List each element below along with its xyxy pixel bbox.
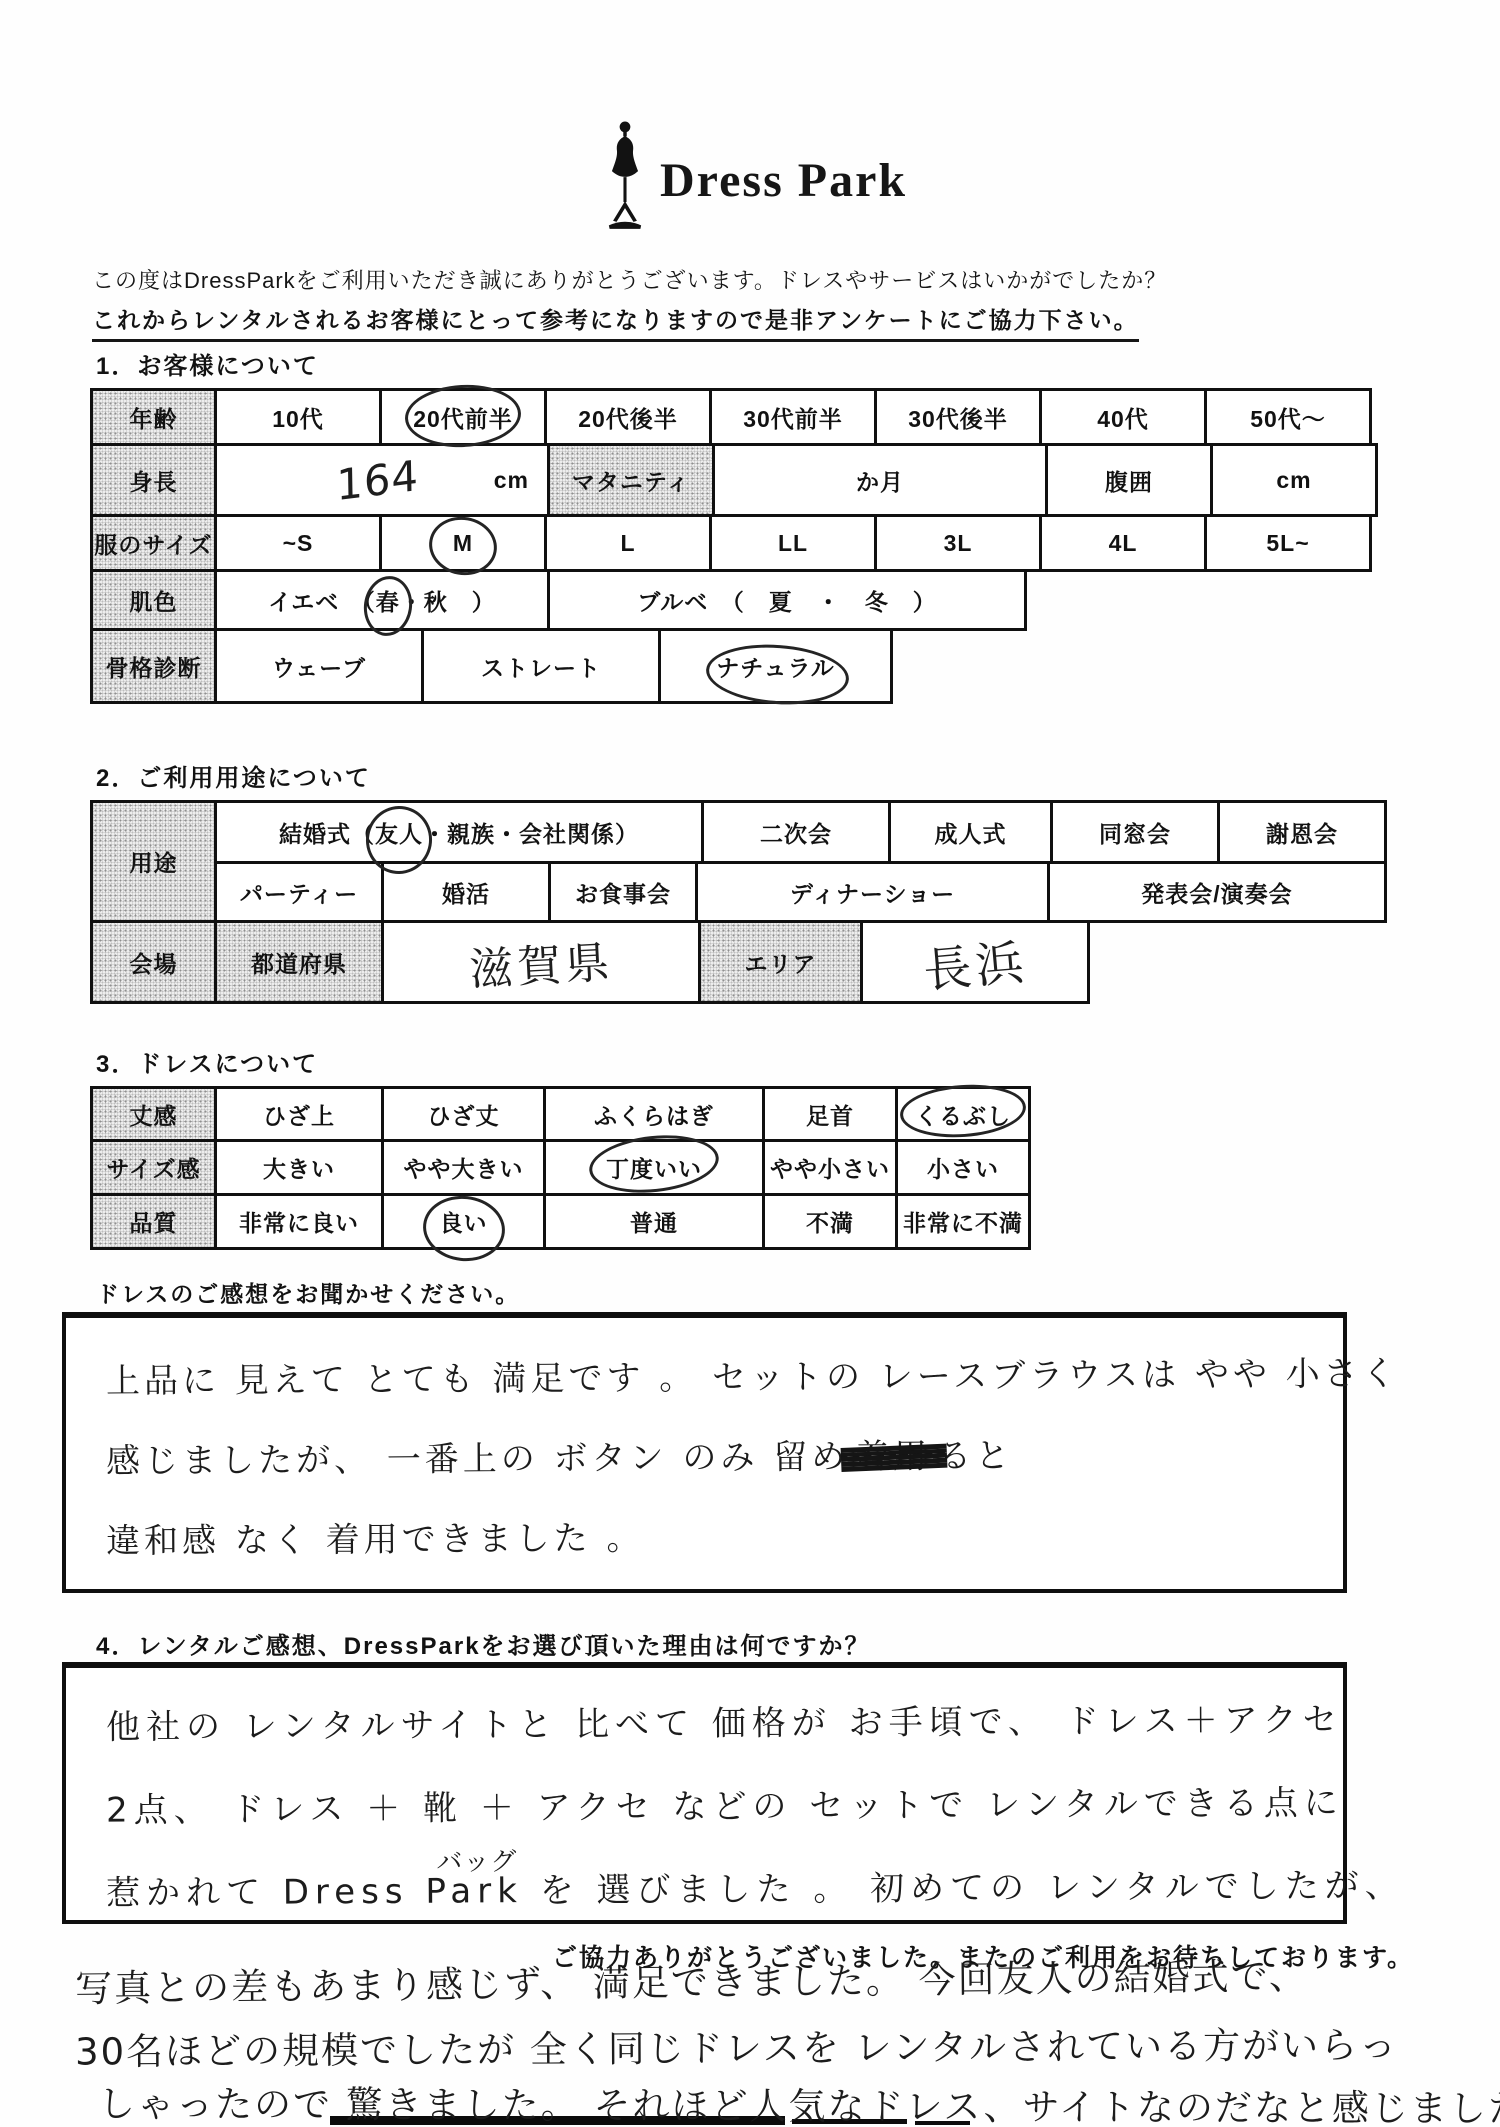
age-option: 10代 [272,401,324,434]
quality-option-cell: 良い [381,1193,546,1250]
purpose-row-1: 結婚式（友人・親族・会社関係） 二次会 成人式 同窓会 謝恩会 [214,800,1384,864]
age-option: 50代～ [1250,401,1326,434]
size-option-cell: 4L [1039,514,1207,572]
fit-option-cell: やや大きい [381,1139,546,1196]
purpose-option: パーティー [240,876,358,909]
length-option: ひざ上 [263,1098,335,1131]
comment-text: 2点、 ドレス ＋ 靴 ＋ アクセ などの セットで レンタルできる点に [106,1783,1344,1831]
section3-heading: 3．ドレスについて [96,1044,318,1079]
dress-comment-prompt: ドレスのご感想をお聞かせください。 [96,1276,520,1309]
prefecture-value-cell: 滋賀県 [381,920,701,1004]
prefecture-written-value: 滋賀県 [467,926,614,997]
handwritten-comment-line: 上品に 見えて とても 満足です 。 セットの レースブラウスは やや 小さく [106,1334,1303,1421]
purpose-option: 二次会 [760,816,832,849]
handwritten-circle-annotation: くるぶし [915,1098,1011,1131]
skin-season-option: 秋 ） [424,584,496,617]
purpose-option: お食事会 [575,876,671,909]
length-option: ふくらはぎ [594,1098,714,1131]
length-row: 丈感 ひざ上 ひざ丈 ふくらはぎ 足首 くるぶし [90,1086,1028,1142]
purpose-rows: 用途 結婚式（友人・親族・会社関係） 二次会 成人式 同窓会 謝恩会 パーティー… [90,800,1384,923]
fit-label: サイズ感 [90,1139,217,1196]
area-written-value: 長浜 [920,923,1030,1001]
age-option-cell: 20代前半 [379,388,547,446]
purpose-option: 成人式 [935,816,1007,849]
handwritten-comment-line: 惹かれて Dress Park を 選びました 。 初めての レンタルでしたが、 [106,1846,1303,1933]
fit-option-cell: 大きい [214,1139,384,1196]
brand-name: Dress Park [660,153,907,208]
size-option: 4L [1109,530,1138,557]
waist-unit-cell: cm [1210,443,1378,517]
age-option-selected: 20代前半 [413,406,513,432]
handwritten-comment-line: 違和感 なく 着用できました 。 [106,1494,1303,1581]
purpose-label: 用途 [90,800,217,923]
purpose-option: ディナーショー [790,876,955,909]
age-option-cell: 30代後半 [874,388,1042,446]
handwritten-circle-annotation: ナチュラル [716,650,835,683]
intro-request-line: これからレンタルされるお客様にとって参考になりますので是非アンケートにご協力下さ… [92,302,1139,342]
overflow-comment-line: 写真との差もあまり感じず、 満足できました。 今回友人の結婚式で、 [75,1946,1308,2013]
usage-table: 用途 結婚式（友人・親族・会社関係） 二次会 成人式 同窓会 謝恩会 パーティー… [90,800,1384,1004]
handwritten-comment-line: 2点、 ドレス ＋ 靴 ＋ アクセ などの セットで レンタルできる点に バッグ [106,1760,1304,1853]
fit-option-cell: 小さい [895,1139,1031,1196]
handwritten-comment-line: 感じましたが、 一番上の ボタン のみ 留め着用ると [106,1414,1303,1501]
fit-option-selected: 丁度いい [606,1156,702,1182]
age-option: 30代前半 [743,401,843,434]
quality-option-cell: 普通 [543,1193,765,1250]
yellow-base-cell: イエベ （春・秋 ） [214,569,550,631]
customer-info-table: 年齢 10代 20代前半 20代後半 30代前半 30代後半 40代 50代～ … [90,388,1375,704]
purpose-option-cell: 謝恩会 [1217,800,1387,864]
section1-heading: 1．お客様について [96,346,319,381]
size-option-cell: ~S [214,514,382,572]
blue-base-cell: ブルベ （ 夏 ・ 冬 ） [547,569,1027,631]
quality-label: 品質 [90,1193,217,1250]
scribbled-out-word: 着用 [849,1417,937,1498]
handwritten-circle-annotation: 春 [376,584,400,617]
handwritten-circle-annotation: 友人 [375,816,423,849]
quality-option-cell: 非常に不満 [895,1193,1031,1250]
fit-option-cell: 丁度いい [543,1139,765,1196]
age-row-label: 年齢 [90,388,217,446]
handwritten-circle-annotation: 丁度いい [606,1151,702,1184]
handwritten-comment-line: 他社の レンタルサイトと 比べて 価格が お手頃で、 ドレス＋アクセ [106,1680,1303,1767]
fit-option-cell: やや小さい [762,1139,898,1196]
handwritten-circle-annotation: 良い [440,1205,488,1238]
clothes-size-row: 服のサイズ ~S M L LL 3L 4L 5L~ [90,514,1375,572]
size-option: ~S [283,530,314,557]
fit-option: やや大きい [404,1151,524,1184]
quality-option: 非常に不満 [903,1205,1023,1238]
size-option: LL [778,530,808,557]
frame-option-cell: ナチュラル [658,628,893,704]
wedding-guest-type-selected: 友人 [375,821,423,847]
yellow-base-prefix: イエベ （ [268,584,376,617]
maternity-months-cell: か月 [712,443,1048,517]
separator-dot: ・ [400,584,424,617]
rental-comment-box: 他社の レンタルサイトと 比べて 価格が お手頃で、 ドレス＋アクセ 2点、 ド… [62,1662,1347,1924]
length-option-cell: 足首 [762,1086,898,1142]
fit-row: サイズ感 大きい やや大きい 丁度いい やや小さい 小さい [90,1139,1028,1196]
purpose-option-cell: 二次会 [701,800,891,864]
maternity-cell: マタニティ [547,443,715,517]
length-option-cell: くるぶし [895,1086,1031,1142]
area-value-cell: 長浜 [860,920,1090,1004]
frame-option-cell: ストレート [421,628,661,704]
length-option-cell: ひざ丈 [381,1086,546,1142]
frame-option-selected: ナチュラル [716,655,835,681]
clothes-size-label: 服のサイズ [90,514,217,572]
handwritten-circle-annotation: M [453,530,473,557]
age-option: 20代後半 [578,401,678,434]
length-option-selected: くるぶし [915,1103,1011,1129]
quality-row: 品質 非常に良い 良い 普通 不満 非常に不満 [90,1193,1028,1250]
dresspark-logo: Dress Park [600,118,907,242]
age-option-cell: 40代 [1039,388,1207,446]
comment-text: 感じましたが、 一番上の ボタン のみ 留め [106,1437,849,1482]
overflow-comment-line: しゃったので 驚きました。 それほど人気なドレス、サイトなのだなと感じました。 [98,2073,1500,2127]
purpose-option: 同窓会 [1099,816,1171,849]
dress-rating-table: 丈感 ひざ上 ひざ丈 ふくらはぎ 足首 くるぶし サイズ感 大きい やや大きい … [90,1086,1028,1250]
height-value-cell: 164 cm [214,443,550,517]
quality-option: 不満 [806,1205,854,1238]
overflow-comment-line: 30名ほどの規模でしたが 全く同じドレスを レンタルされている方がいらっ [75,2015,1398,2076]
fit-option: 小さい [927,1151,999,1184]
age-option-cell: 20代後半 [544,388,712,446]
size-option: L [620,530,635,557]
section2-heading: 2．ご利用用途について [96,758,371,793]
dress-comment-box: 上品に 見えて とても 満足です 。 セットの レースブラウスは やや 小さく … [62,1312,1347,1593]
struck-text: 着用 [855,1437,931,1477]
size-option-cell: LL [709,514,877,572]
size-option-selected: M [453,530,473,556]
length-option-cell: ふくらはぎ [543,1086,765,1142]
frame-row: 骨格診断 ウェーブ ストレート ナチュラル [90,628,1375,704]
height-unit: cm [494,467,529,494]
prefecture-label: 都道府県 [214,920,384,1004]
purpose-row-2: パーティー 婚活 お食事会 ディナーショー 発表会/演奏会 [214,861,1384,923]
height-row-label: 身長 [90,443,217,517]
venue-row: 会場 都道府県 滋賀県 エリア 長浜 [90,920,1384,1004]
age-option: 40代 [1097,401,1149,434]
wedding-suffix: ・親族・会社関係） [423,816,639,849]
fit-option: やや小さい [770,1151,890,1184]
scanned-survey-page: Dress Park この度はDressParkをご利用いただき誠にありがとうご… [0,0,1500,2127]
purpose-option-cell: 婚活 [381,861,551,923]
fit-option: 大きい [263,1151,335,1184]
purpose-option: 謝恩会 [1266,816,1338,849]
quality-option: 普通 [630,1205,678,1238]
size-option-cell: M [379,514,547,572]
age-option: 30代後半 [908,401,1008,434]
frame-option-cell: ウェーブ [214,628,424,704]
frame-option: ストレート [481,650,601,683]
purpose-option-cell: ディナーショー [695,861,1050,923]
length-option-cell: ひざ上 [214,1086,384,1142]
quality-option-cell: 非常に良い [214,1193,384,1250]
length-option: ひざ丈 [428,1098,500,1131]
intro-thanks-line: この度はDressParkをご利用いただき誠にありがとうございます。ドレスやサー… [92,264,1167,295]
quality-option-selected: 良い [440,1210,488,1236]
purpose-option-cell: 同窓会 [1050,800,1220,864]
age-option-cell: 30代前半 [709,388,877,446]
purpose-option: 発表会/演奏会 [1141,876,1292,909]
skin-tone-label: 肌色 [90,569,217,631]
size-option: 5L~ [1266,530,1309,557]
comment-text: ると [937,1436,1013,1476]
size-option-cell: 3L [874,514,1042,572]
size-option: 3L [944,530,973,557]
purpose-option-cell: お食事会 [548,861,698,923]
dress-form-icon [600,118,650,242]
length-option: 足首 [806,1098,854,1131]
handwritten-circle-annotation: 20代前半 [413,401,513,434]
skin-season-selected: 春 [376,589,400,615]
purpose-option: 婚活 [442,876,490,909]
age-row: 年齢 10代 20代前半 20代後半 30代前半 30代後半 40代 50代～ [90,388,1375,446]
age-option-cell: 10代 [214,388,382,446]
section4-heading: 4．レンタルご感想、DressParkをお選び頂いた理由は何ですか？ [96,1626,871,1661]
quality-option-cell: 不満 [762,1193,898,1250]
purpose-option-cell: パーティー [214,861,384,923]
purpose-option-cell: 発表会/演奏会 [1047,861,1387,923]
height-row: 身長 164 cm マタニティ か月 腹囲 cm [90,443,1375,517]
quality-option: 非常に良い [239,1205,359,1238]
frame-label: 骨格診断 [90,628,217,704]
size-option-cell: 5L~ [1204,514,1372,572]
length-label: 丈感 [90,1086,217,1142]
venue-label: 会場 [90,920,217,1004]
height-written-value: 164 [336,450,419,509]
area-label: エリア [698,920,863,1004]
age-option-cell: 50代～ [1204,388,1372,446]
purpose-option-cell: 成人式 [888,800,1053,864]
wedding-prefix: 結婚式（ [279,816,375,849]
waist-label-cell: 腹囲 [1045,443,1213,517]
size-option-cell: L [544,514,712,572]
wedding-cell: 結婚式（友人・親族・会社関係） [214,800,704,864]
frame-option: ウェーブ [272,650,366,683]
skin-tone-row: 肌色 イエベ （春・秋 ） ブルベ （ 夏 ・ 冬 ） [90,569,1375,631]
